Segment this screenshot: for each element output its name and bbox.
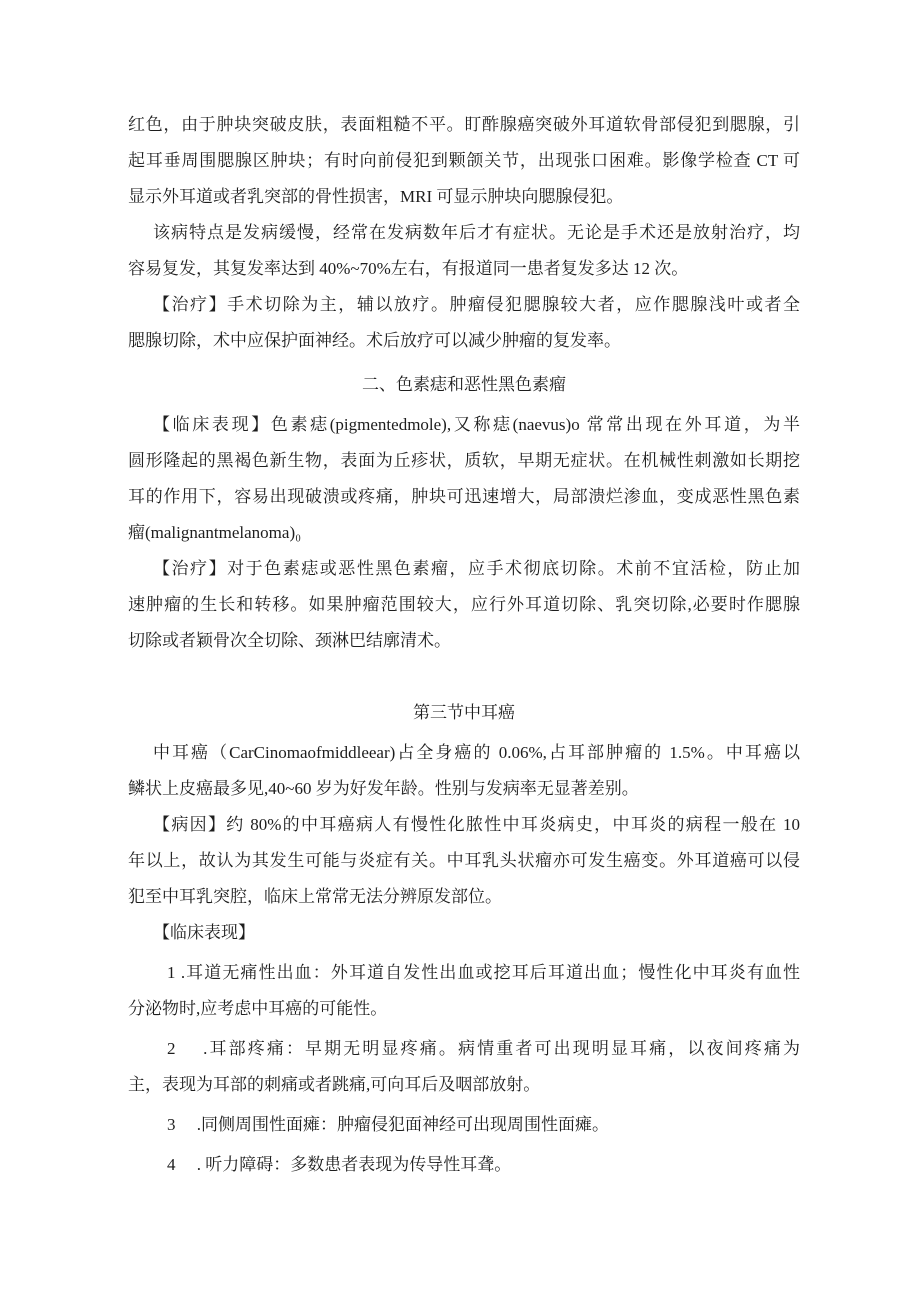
section-heading: 第三节中耳癌 (128, 695, 800, 731)
section-heading: 二、色素痣和恶性黑色素瘤 (128, 367, 800, 403)
text-line: 4 . 听力障碍：多数患者表现为传导性耳聋。 (128, 1147, 800, 1183)
paragraph: 中耳癌（CarCinomaofmiddleear)占全身癌的 0.06%,占耳部… (128, 735, 800, 807)
text-line: 【治疗】手术切除为主，辅以放疗。肿瘤侵犯腮腺较大者，应作腮腺浅叶或者全 (128, 287, 800, 323)
paragraph: 该病特点是发病缓慢，经常在发病数年后才有症状。无论是手术还是放射治疗，均容易复发… (128, 215, 800, 287)
list-item: 3 .同侧周围性面瘫：肿瘤侵犯面神经可出现周围性面瘫。 (128, 1107, 800, 1143)
text-line: 【病因】约 80%的中耳癌病人有慢性化脓性中耳炎病史，中耳炎的病程一般在 10 (128, 807, 800, 843)
text-line: 红色，由于肿块突破皮肤，表面粗糙不平。盯酢腺癌突破外耳道软骨部侵犯到腮腺，引 (128, 107, 800, 143)
text-line: 该病特点是发病缓慢，经常在发病数年后才有症状。无论是手术还是放射治疗，均 (128, 215, 800, 251)
text-line: 年以上，故认为其发生可能与炎症有关。中耳乳头状瘤亦可发生癌变。外耳道癌可以侵 (128, 843, 800, 879)
text-line: 中耳癌（CarCinomaofmiddleear)占全身癌的 0.06%,占耳部… (128, 735, 800, 771)
text-line: 2 .耳部疼痛：早期无明显疼痛。病情重者可出现明显耳痛，以夜间疼痛为 (128, 1031, 800, 1067)
text-line: 1 .耳道无痛性出血：外耳道自发性出血或挖耳后耳道出血；慢性化中耳炎有血性 (128, 955, 800, 991)
document-text-area: 红色，由于肿块突破皮肤，表面粗糙不平。盯酢腺癌突破外耳道软骨部侵犯到腮腺，引起耳… (0, 0, 920, 1183)
paragraph: 【临床表现】 (128, 915, 800, 951)
paragraph: 【治疗】手术切除为主，辅以放疗。肿瘤侵犯腮腺较大者，应作腮腺浅叶或者全腮腺切除，… (128, 287, 800, 359)
text-line: 速肿瘤的生长和转移。如果肿瘤范围较大，应行外耳道切除、乳突切除,必要时作腮腺 (128, 587, 800, 623)
list-item: 4 . 听力障碍：多数患者表现为传导性耳聋。 (128, 1147, 800, 1183)
text-line: 【临床表现】 (128, 915, 800, 951)
list-item: 1 .耳道无痛性出血：外耳道自发性出血或挖耳后耳道出血；慢性化中耳炎有血性分泌物… (128, 955, 800, 1027)
text-line: 显示外耳道或者乳突部的骨性损害，MRI 可显示肿块向腮腺侵犯。 (128, 179, 800, 215)
paragraph: 【治疗】对于色素痣或恶性黑色素瘤，应手术彻底切除。术前不宜活检，防止加速肿瘤的生… (128, 551, 800, 659)
text-line: 腮腺切除，术中应保护面神经。术后放疗可以减少肿瘤的复发率。 (128, 323, 800, 359)
text-line: 分泌物时,应考虑中耳癌的可能性。 (128, 991, 800, 1027)
paragraph: 【病因】约 80%的中耳癌病人有慢性化脓性中耳炎病史，中耳炎的病程一般在 10年… (128, 807, 800, 915)
text-line: 犯至中耳乳突腔，临床上常常无法分辨原发部位。 (128, 879, 800, 915)
text-line: 耳的作用下，容易出现破溃或疼痛，肿块可迅速增大，局部溃烂渗血，变成恶性黑色素 (128, 479, 800, 515)
heading-text: 二、色素痣和恶性黑色素瘤 (128, 367, 800, 403)
text-line: 【临床表现】色素痣(pigmentedmole),又称痣(naevus)o 常常… (128, 407, 800, 443)
text-line: 主，表现为耳部的刺痛或者跳痛,可向耳后及咽部放射。 (128, 1067, 800, 1103)
list-item: 2 .耳部疼痛：早期无明显疼痛。病情重者可出现明显耳痛，以夜间疼痛为主，表现为耳… (128, 1031, 800, 1103)
heading-text: 第三节中耳癌 (128, 695, 800, 731)
text-line: 【治疗】对于色素痣或恶性黑色素瘤，应手术彻底切除。术前不宜活检，防止加 (128, 551, 800, 587)
paragraph: 红色，由于肿块突破皮肤，表面粗糙不平。盯酢腺癌突破外耳道软骨部侵犯到腮腺，引起耳… (128, 107, 800, 215)
text-line: 圆形隆起的黑褐色新生物，表面为丘疹状，质软，早期无症状。在机械性刺激如长期挖 (128, 443, 800, 479)
text-line: 鳞状上皮癌最多见,40~60 岁为好发年龄。性别与发病率无显著差别。 (128, 771, 800, 807)
text-line: 容易复发，其复发率达到 40%~70%左右，有报道同一患者复发多达 12 次。 (128, 251, 800, 287)
paragraph: 【临床表现】色素痣(pigmentedmole),又称痣(naevus)o 常常… (128, 407, 800, 551)
text-line: 瘤(malignantmelanoma)₀ (128, 515, 800, 551)
paragraph-spacer (128, 659, 800, 687)
text-line: 切除或者颖骨次全切除、颈淋巴结廓清术。 (128, 623, 800, 659)
text-line: 起耳垂周围腮腺区肿块；有时向前侵犯到颗颌关节，出现张口困难。影像学检查 CT 可 (128, 143, 800, 179)
text-line: 3 .同侧周围性面瘫：肿瘤侵犯面神经可出现周围性面瘫。 (128, 1107, 800, 1143)
document-page: 红色，由于肿块突破皮肤，表面粗糙不平。盯酢腺癌突破外耳道软骨部侵犯到腮腺，引起耳… (0, 0, 920, 1301)
